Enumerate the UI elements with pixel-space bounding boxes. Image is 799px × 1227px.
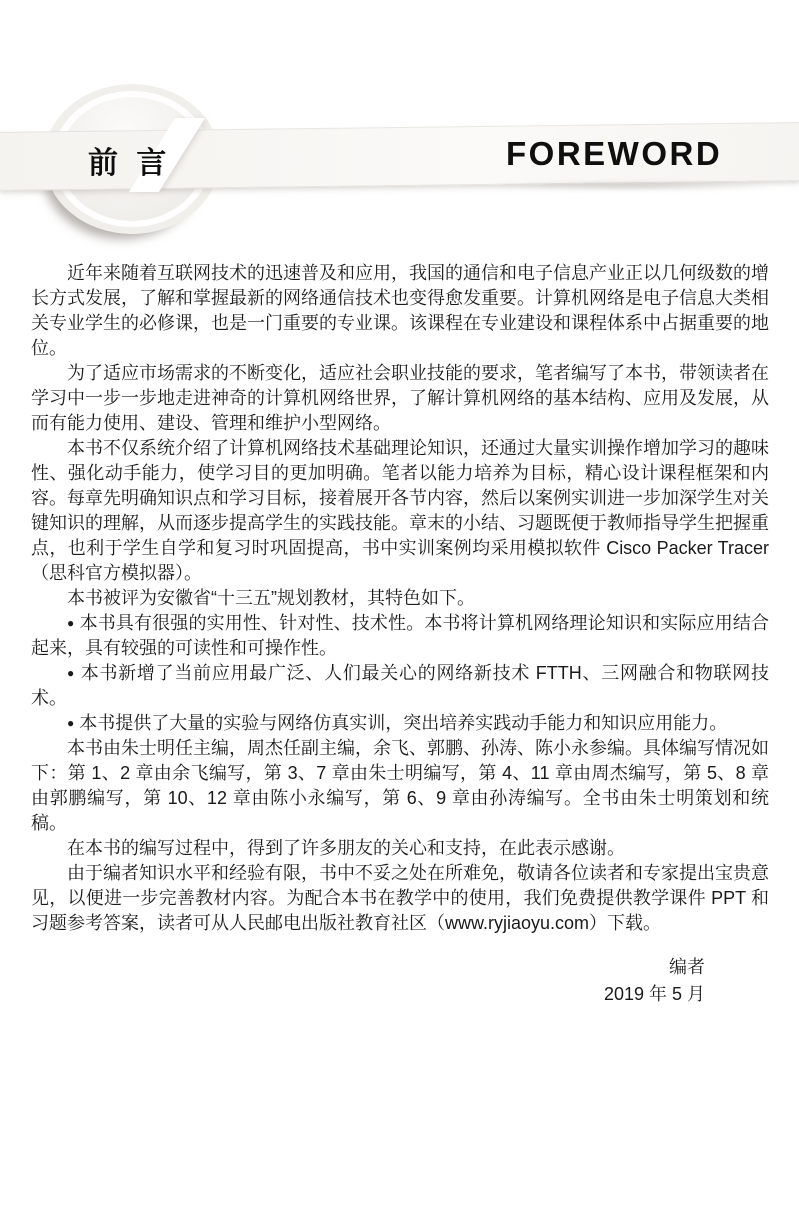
paragraph-thanks: 在本书的编写过程中，得到了许多朋友的关心和支持，在此表示感谢。 [31,836,769,861]
paragraph-intro: 近年来随着互联网技术的迅速普及和应用，我国的通信和电子信息产业正以几何级数的增长… [31,261,769,361]
preface-page: 前 言 FOREWORD 近年来随着互联网技术的迅速普及和应用，我国的通信和电子… [0,0,799,1227]
signature-date: 2019 年 5 月 [31,981,705,1008]
bullet-item-practicality: ● 本书具有很强的实用性、针对性、技术性。本书将计算机网络理论知识和实际应用结合… [31,611,769,661]
bullet-text: 本书具有很强的实用性、针对性、技术性。本书将计算机网络理论知识和实际应用结合起来… [31,613,769,658]
bullet-item-new-tech: ● 本书新增了当前应用最广泛、人们最关心的网络新技术 FTTH、三网融合和物联网… [31,661,769,711]
header-shadow-smudge [480,181,780,191]
page-title-chinese: 前 言 [88,138,171,182]
bullet-icon: ● [67,666,75,680]
bullet-text: 本书提供了大量的实验与网络仿真实训，突出培养实践动手能力和知识应用能力。 [79,713,727,733]
paragraph-purpose: 为了适应市场需求的不断变化，适应社会职业技能的要求，笔者编写了本书，带领读者在学… [31,361,769,436]
paragraph-authors: 本书由朱士明任主编，周杰任副主编，余飞、郭鹏、孙涛、陈小永参编。具体编写情况如下… [31,736,769,836]
bullet-text: 本书新增了当前应用最广泛、人们最关心的网络新技术 FTTH、三网融合和物联网技术… [31,663,769,708]
paragraph-feedback: 由于编者知识水平和经验有限，书中不妥之处在所难免，敬请各位读者和专家提出宝贵意见… [31,861,769,936]
bullet-icon: ● [67,616,74,630]
paragraph-structure: 本书不仅系统介绍了计算机网络技术基础理论知识，还通过大量实训操作增加学习的趣味性… [31,436,769,586]
chapter-header: 前 言 FOREWORD [0,0,799,250]
signature-author: 编者 [31,954,705,981]
page-title-english: FOREWORD [506,135,722,173]
bullet-icon: ● [67,716,74,730]
signature-block: 编者 2019 年 5 月 [31,954,769,1008]
preface-body: 近年来随着互联网技术的迅速普及和应用，我国的通信和电子信息产业正以几何级数的增长… [31,261,769,1008]
paragraph-award: 本书被评为安徽省“十三五”规划教材，其特色如下。 [31,586,769,611]
bullet-item-experiments: ● 本书提供了大量的实验与网络仿真实训，突出培养实践动手能力和知识应用能力。 [31,711,769,736]
